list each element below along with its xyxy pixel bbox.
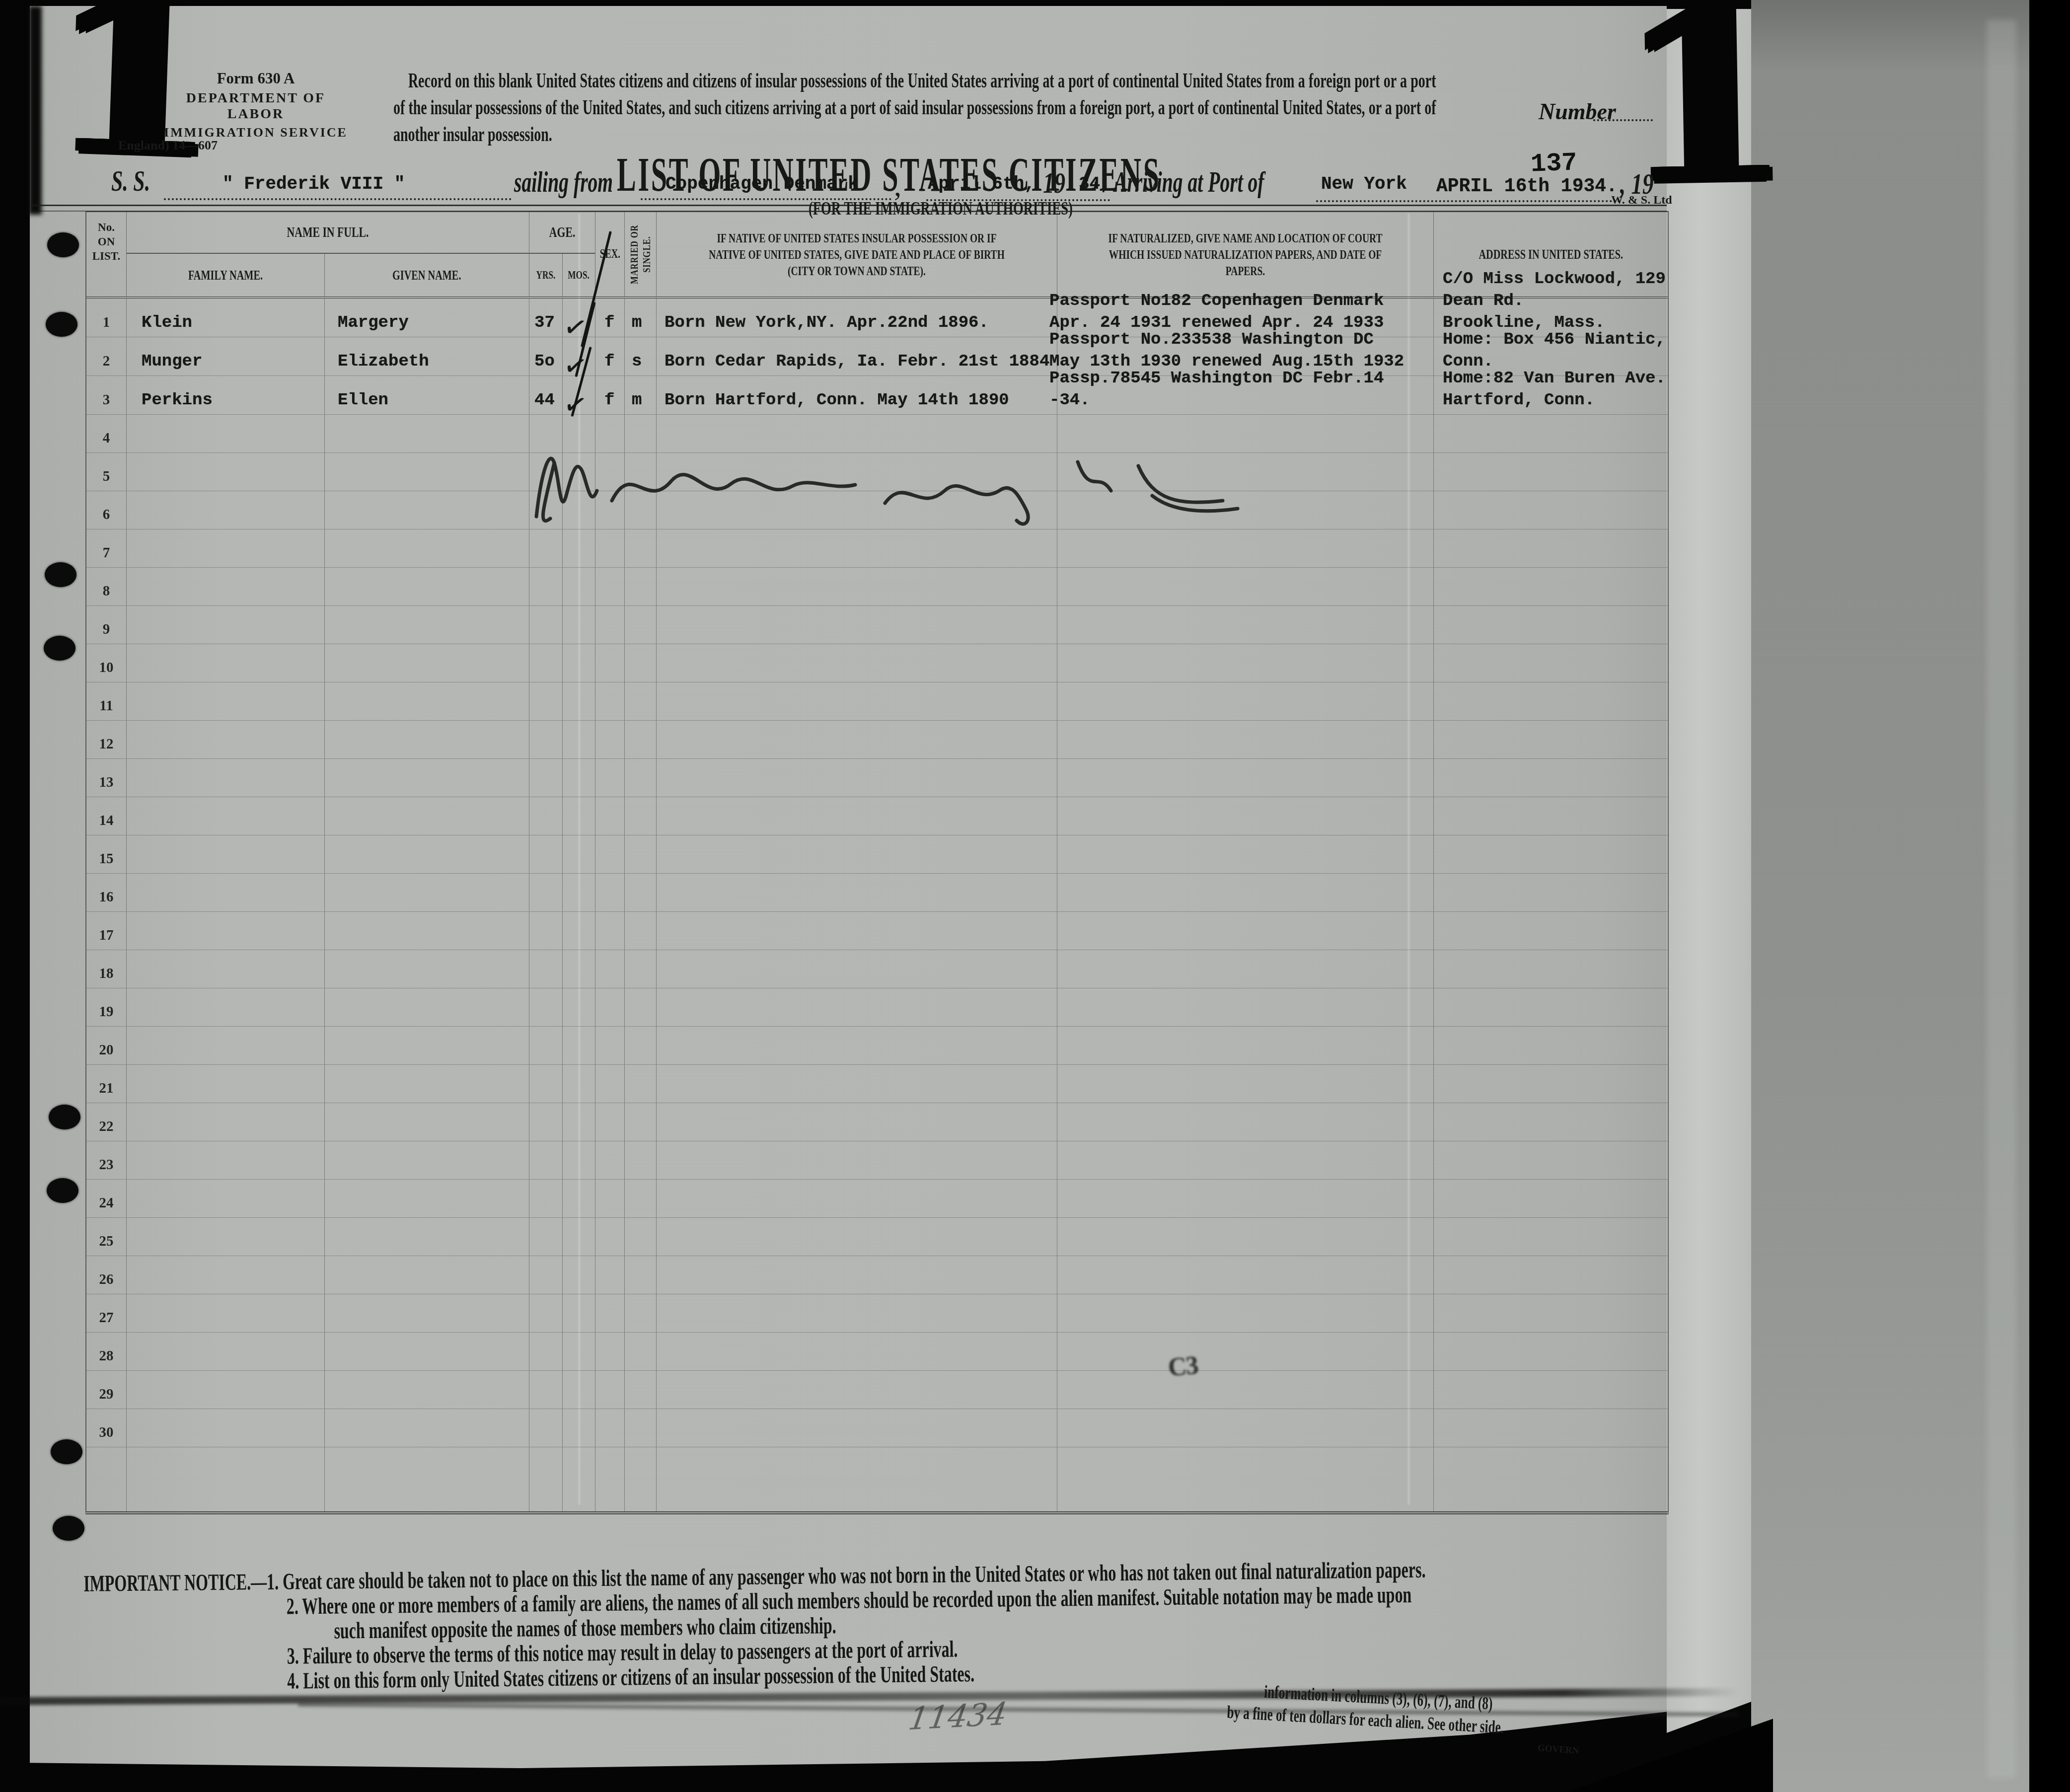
- row-number: 30: [86, 1424, 126, 1441]
- table-cell: [325, 912, 529, 950]
- table-cell: [1057, 912, 1434, 950]
- table-cell: [325, 491, 529, 529]
- table-cell: Home:82 Van Buren Ave. Hartford, Conn.: [1434, 376, 1668, 415]
- table-cell: Born New York,NY. Apr.22nd 1896.: [657, 299, 1057, 337]
- table-cell: [563, 1294, 595, 1333]
- table-cell: [657, 644, 1057, 682]
- table-cell: [625, 1333, 657, 1371]
- table-cell: [563, 1333, 595, 1371]
- table-cell: [325, 950, 529, 988]
- row-number-cell: 14: [86, 797, 127, 835]
- form-number: Form 630 A: [156, 70, 355, 87]
- table-cell: Elizabeth: [325, 337, 529, 376]
- important-notice: IMPORTANT NOTICE.—1. Great care should b…: [83, 1553, 1739, 1695]
- table-cell: Passp.78545 Washington DC Febr.14 -34.: [1057, 376, 1434, 415]
- table-cell: [529, 568, 563, 606]
- table-cell: [657, 721, 1057, 759]
- table-cell: [625, 682, 657, 721]
- header-naturalization: IF NATURALIZED, GIVE NAME AND LOCATION O…: [1057, 212, 1434, 297]
- table-cell: [1057, 1065, 1434, 1103]
- table-cell: [625, 874, 657, 912]
- table-cell: [625, 1103, 657, 1141]
- row-number-cell: 27: [86, 1294, 127, 1333]
- row-number-cell: 13: [86, 759, 127, 797]
- table-cell: [1434, 1447, 1668, 1511]
- table-cell: [1434, 1141, 1668, 1180]
- table-cell: [1434, 1218, 1668, 1256]
- table-cell: [625, 721, 657, 759]
- table-cell: [1057, 1256, 1434, 1294]
- row-number-cell: 30: [86, 1409, 127, 1447]
- row-number-cell: 10: [86, 644, 127, 682]
- table-cell: [1434, 1256, 1668, 1294]
- punch-hole: [44, 636, 75, 661]
- row-number-cell: 4: [86, 415, 127, 453]
- row-number-cell: 17: [86, 912, 127, 950]
- yrs-value: 37: [534, 312, 555, 334]
- family-value: Klein: [142, 312, 192, 334]
- row-number: 21: [86, 1080, 126, 1097]
- table-cell: [563, 988, 595, 1027]
- table-cell: [325, 453, 529, 491]
- table-cell: [625, 988, 657, 1027]
- table-cell: [563, 1027, 595, 1065]
- table-cell: [595, 1218, 625, 1256]
- table-cell: [1057, 835, 1434, 874]
- table-cell: [1434, 682, 1668, 721]
- sex-value: f: [604, 351, 614, 373]
- arriving-label: Arriving at Port of: [1114, 165, 1341, 199]
- address-value: Home: Box 456 Niantic, Conn.: [1443, 329, 1666, 373]
- table-cell: [595, 988, 625, 1027]
- table-cell: [325, 759, 529, 797]
- table-cell: [127, 1294, 325, 1333]
- fill-line: [164, 198, 512, 200]
- table-cell: [1434, 835, 1668, 874]
- table-cell: [657, 950, 1057, 988]
- table-cell: m: [625, 299, 657, 337]
- departure-year: 34,: [1079, 174, 1111, 194]
- table-cell: [529, 835, 563, 874]
- table-cell: [1057, 606, 1434, 644]
- table-cell: [1434, 491, 1668, 529]
- departure-port: Copenhagen Denmark: [665, 174, 859, 194]
- left-edge-shadow: [29, 6, 42, 215]
- table-cell: [563, 1409, 595, 1447]
- row-number-cell: 6: [86, 491, 127, 529]
- table-cell: [1434, 988, 1668, 1027]
- punch-hole: [47, 1178, 78, 1203]
- table-cell: [127, 874, 325, 912]
- given-value: Ellen: [338, 389, 388, 411]
- table-cell: [127, 1141, 325, 1180]
- table-cell: [127, 1333, 325, 1371]
- row-number: 15: [86, 851, 126, 867]
- table-cell: [625, 1294, 657, 1333]
- table-cell: [325, 1065, 529, 1103]
- table-cell: [325, 568, 529, 606]
- table-cell: [325, 1180, 529, 1218]
- punch-hole: [47, 232, 79, 257]
- table-cell: [1057, 1294, 1434, 1333]
- table-cell: [595, 1256, 625, 1294]
- table-cell: [563, 644, 595, 682]
- row-number: 25: [86, 1233, 126, 1250]
- header-married-or-single: MARRIED OR SINGLE.: [625, 212, 657, 297]
- table-cell: [529, 1294, 563, 1333]
- row-number: 14: [86, 813, 126, 829]
- table-cell: [1434, 950, 1668, 988]
- table-cell: [1057, 950, 1434, 988]
- table-cell: [325, 606, 529, 644]
- punch-hole: [46, 312, 77, 337]
- table-cell: [529, 797, 563, 835]
- table-cell: [1434, 644, 1668, 682]
- table-cell: [595, 1371, 625, 1409]
- punch-hole: [53, 1516, 84, 1541]
- table-cell: [127, 491, 325, 529]
- table-cell: Margery: [325, 299, 529, 337]
- header-family-name: FAMILY NAME.: [127, 254, 325, 297]
- table-cell: [127, 1027, 325, 1065]
- table-cell: [325, 1447, 529, 1511]
- birth-value: Born New York,NY. Apr.22nd 1896.: [665, 312, 989, 334]
- table-cell: [325, 529, 529, 568]
- table-cell: [127, 988, 325, 1027]
- address-value: Home:82 Van Buren Ave. Hartford, Conn.: [1443, 368, 1666, 411]
- table-cell: [1057, 1103, 1434, 1141]
- table-cell: [595, 606, 625, 644]
- table-cell: [625, 1256, 657, 1294]
- table-cell: [1434, 1027, 1668, 1065]
- table-cell: [563, 606, 595, 644]
- table-cell: [625, 568, 657, 606]
- row-number-cell: 29: [86, 1371, 127, 1409]
- arrival-port: New York: [1321, 174, 1407, 194]
- table-cell: [529, 1027, 563, 1065]
- table-cell: [1434, 1180, 1668, 1218]
- table-cell: [1434, 415, 1668, 453]
- row-number: 26: [86, 1271, 126, 1288]
- row-number-cell: 19: [86, 988, 127, 1027]
- sex-value: f: [604, 389, 614, 411]
- table-cell: [529, 682, 563, 721]
- table-cell: [529, 912, 563, 950]
- table-cell: [325, 874, 529, 912]
- table-cell: [325, 1218, 529, 1256]
- table-cell: [595, 1065, 625, 1103]
- row-number: 10: [86, 660, 126, 676]
- table-cell: Born Cedar Rapids, Ia. Febr. 21st 1884: [657, 337, 1057, 376]
- table-cell: [127, 415, 325, 453]
- table-cell: [595, 721, 625, 759]
- table-cell: [657, 1180, 1057, 1218]
- married-value: m: [632, 389, 642, 411]
- row-number: 4: [86, 430, 126, 447]
- table-cell: [657, 568, 1057, 606]
- table-cell: [325, 415, 529, 453]
- table-cell: [1057, 1141, 1434, 1180]
- row-number: 19: [86, 1004, 126, 1020]
- handwritten-signature: [507, 417, 1252, 536]
- table-cell: [625, 1065, 657, 1103]
- table-cell: [595, 1447, 625, 1511]
- table-cell: [1057, 1371, 1434, 1409]
- header-age: AGE.: [529, 212, 595, 254]
- row-number: 6: [86, 507, 126, 523]
- row-number-cell: 9: [86, 606, 127, 644]
- row-number: 9: [86, 621, 126, 638]
- table-cell: [1057, 1409, 1434, 1447]
- table-cell: [1434, 874, 1668, 912]
- table-cell: [1434, 912, 1668, 950]
- table-cell: 5o: [529, 337, 563, 376]
- punch-hole: [45, 562, 76, 587]
- family-value: Perkins: [142, 389, 213, 411]
- table-cell: Klein: [127, 299, 325, 337]
- edition-note: England) 14—607: [118, 138, 218, 153]
- table-cell: [1057, 568, 1434, 606]
- table-cell: [127, 1371, 325, 1409]
- table-cell: [325, 835, 529, 874]
- table-cell: [127, 1256, 325, 1294]
- table-cell: [657, 606, 1057, 644]
- row-number: 18: [86, 966, 126, 982]
- row-number-cell: 24: [86, 1180, 127, 1218]
- married-value: m: [632, 312, 642, 334]
- table-cell: [529, 759, 563, 797]
- separator-comma: ,: [894, 169, 901, 203]
- table-cell: [657, 835, 1057, 874]
- table-cell: [1057, 1218, 1434, 1256]
- table-cell: [1057, 988, 1434, 1027]
- table-cell: [595, 759, 625, 797]
- table-cell: [625, 1409, 657, 1447]
- table-cell: [325, 1294, 529, 1333]
- table-cell: [563, 950, 595, 988]
- table-cell: [1057, 1333, 1434, 1371]
- table-cell: [325, 1141, 529, 1180]
- table-cell: [625, 759, 657, 797]
- table-cell: [563, 797, 595, 835]
- table-cell: [1057, 759, 1434, 797]
- table-cell: [563, 1256, 595, 1294]
- ship-name: " Frederik VIII ": [222, 174, 405, 194]
- table-cell: f: [595, 376, 625, 415]
- table-cell: [625, 950, 657, 988]
- table-cell: [529, 874, 563, 912]
- table-cell: [325, 1409, 529, 1447]
- table-cell: [563, 1447, 595, 1511]
- table-cell: [1057, 644, 1434, 682]
- header-given-name: GIVEN NAME.: [325, 254, 529, 297]
- given-value: Margery: [338, 312, 409, 334]
- row-number: 1: [86, 314, 126, 331]
- table-cell: [1434, 759, 1668, 797]
- row-number-cell: 1: [86, 299, 127, 337]
- table-cell: [529, 1065, 563, 1103]
- table-cell: [595, 1027, 625, 1065]
- table-cell: [127, 529, 325, 568]
- table-cell: [1434, 721, 1668, 759]
- table-cell: [595, 874, 625, 912]
- birth-value: Born Cedar Rapids, Ia. Febr. 21st 1884: [665, 351, 1049, 373]
- table-cell: [1057, 1447, 1434, 1511]
- table-cell: [529, 1180, 563, 1218]
- table-cell: [657, 874, 1057, 912]
- table-cell: [529, 644, 563, 682]
- naturalization-value: Passport No182 Copenhagen Denmark Apr. 2…: [1049, 290, 1384, 334]
- table-cell: [127, 950, 325, 988]
- table-cell: [529, 1103, 563, 1141]
- table-cell: [325, 1371, 529, 1409]
- table-cell: [529, 1333, 563, 1371]
- table-cell: [529, 1447, 563, 1511]
- row-number: 23: [86, 1157, 126, 1173]
- table-cell: s: [625, 337, 657, 376]
- table-cell: [595, 1180, 625, 1218]
- row-number-cell: 25: [86, 1218, 127, 1256]
- table-cell: [127, 644, 325, 682]
- table-cell: [325, 721, 529, 759]
- double-rule: [31, 205, 1667, 212]
- row-number-cell: 18: [86, 950, 127, 988]
- table-cell: [595, 950, 625, 988]
- table-cell: [127, 1065, 325, 1103]
- table-cell: [657, 912, 1057, 950]
- row-number-cell: [86, 1447, 127, 1511]
- table-cell: [625, 1027, 657, 1065]
- scan-background-right: [2029, 0, 2070, 1792]
- passenger-table: No. ON LIST. NAME IN FULL. FAMILY NAME. …: [85, 211, 1669, 1514]
- table-cell: [595, 568, 625, 606]
- ss-label: S. S.: [111, 164, 167, 198]
- table-cell: [657, 1027, 1057, 1065]
- sex-value: f: [604, 312, 614, 334]
- table-cell: [1057, 1180, 1434, 1218]
- table-cell: [657, 1294, 1057, 1333]
- table-cell: m: [625, 376, 657, 415]
- table-cell: Munger: [127, 337, 325, 376]
- table-cell: [563, 568, 595, 606]
- punch-hole: [51, 1439, 82, 1464]
- table-cell: [127, 835, 325, 874]
- table-cell: [595, 1409, 625, 1447]
- header-birth: IF NATIVE OF UNITED STATES INSULAR POSSE…: [657, 212, 1057, 297]
- address-value: C/O Miss Lockwood, 129 Dean Rd. Brooklin…: [1443, 268, 1668, 334]
- form-instructions: Record on this blank United States citiz…: [393, 68, 1436, 148]
- table-cell: [127, 682, 325, 721]
- table-cell: [657, 682, 1057, 721]
- row-number: 13: [86, 774, 126, 791]
- row-number-cell: 23: [86, 1141, 127, 1180]
- row-number-cell: 20: [86, 1027, 127, 1065]
- table-cell: [657, 1447, 1057, 1511]
- ink-smudge-stamp: C3: [1167, 1351, 1199, 1383]
- table-cell: Perkins: [127, 376, 325, 415]
- table-cell: [595, 1294, 625, 1333]
- table-cell: [657, 1371, 1057, 1409]
- table-cell: [563, 835, 595, 874]
- row-number: 11: [86, 698, 126, 714]
- row-number-cell: 5: [86, 453, 127, 491]
- table-cell: [529, 1371, 563, 1409]
- table-cell: [529, 1218, 563, 1256]
- arrival-date: APRIL 16th 1934.: [1436, 176, 1618, 197]
- table-cell: [127, 1180, 325, 1218]
- table-cell: [625, 912, 657, 950]
- table-cell: [529, 1256, 563, 1294]
- table-cell: [595, 797, 625, 835]
- table-cell: [325, 1256, 529, 1294]
- table-cell: [657, 1218, 1057, 1256]
- row-number: 20: [86, 1042, 126, 1058]
- row-number-cell: 16: [86, 874, 127, 912]
- table-cell: [563, 1371, 595, 1409]
- table-header: No. ON LIST. NAME IN FULL. FAMILY NAME. …: [86, 212, 1668, 299]
- table-cell: [325, 1027, 529, 1065]
- table-cell: [1057, 1027, 1434, 1065]
- row-number-cell: 28: [86, 1333, 127, 1371]
- naturalization-value: Passp.78545 Washington DC Febr.14 -34.: [1049, 368, 1433, 411]
- department-name: DEPARTMENT OF LABOR: [156, 90, 355, 122]
- row-number-cell: 7: [86, 529, 127, 568]
- table-cell: [1434, 1294, 1668, 1333]
- table-cell: [625, 835, 657, 874]
- row-number-cell: 21: [86, 1065, 127, 1103]
- row-number: 12: [86, 736, 126, 752]
- yrs-value: 5o: [534, 351, 555, 373]
- table-cell: [563, 1065, 595, 1103]
- given-value: Elizabeth: [338, 351, 429, 373]
- row-number: 29: [86, 1386, 126, 1403]
- table-cell: [563, 1218, 595, 1256]
- table-cell: [657, 1103, 1057, 1141]
- table-cell: 44: [529, 376, 563, 415]
- table-cell: [127, 606, 325, 644]
- printed-year-19: 19: [1043, 166, 1073, 200]
- row-number-cell: 11: [86, 682, 127, 721]
- family-value: Munger: [142, 351, 202, 373]
- table-cell: [625, 797, 657, 835]
- table-cell: [325, 644, 529, 682]
- yrs-value: 44: [534, 389, 555, 411]
- row-number-cell: 12: [86, 721, 127, 759]
- table-cell: [127, 759, 325, 797]
- table-cell: [1057, 874, 1434, 912]
- fill-line: [641, 198, 891, 200]
- table-cell: [325, 682, 529, 721]
- table-cell: [127, 912, 325, 950]
- table-cell: [1434, 529, 1668, 568]
- table-cell: [1434, 1103, 1668, 1141]
- table-cell: [657, 1256, 1057, 1294]
- row-number: 2: [86, 353, 126, 370]
- table-cell: [325, 1103, 529, 1141]
- back-page-highlight: [1987, 20, 2016, 1778]
- naturalization-value: Passport No.233538 Washington DC May 13t…: [1049, 329, 1404, 373]
- table-cell: [563, 874, 595, 912]
- table-cell: [625, 1218, 657, 1256]
- number-fill-line: [1593, 119, 1653, 121]
- table-cell: [563, 1103, 595, 1141]
- table-cell: [625, 644, 657, 682]
- table-cell: [625, 1141, 657, 1180]
- row-number: 3: [86, 392, 126, 408]
- row-number: 24: [86, 1195, 126, 1211]
- row-number: 17: [86, 927, 126, 944]
- table-cell: [563, 912, 595, 950]
